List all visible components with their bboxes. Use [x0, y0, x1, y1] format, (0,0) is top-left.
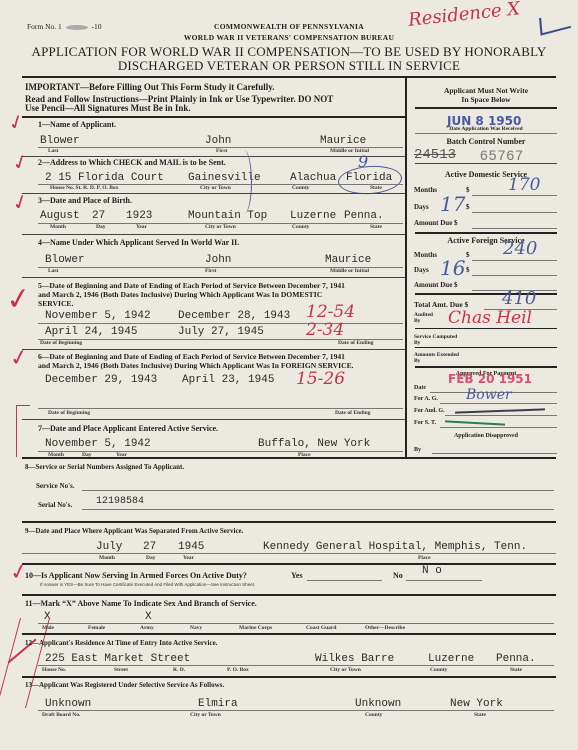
no-rule [406, 580, 482, 581]
for-aud-g-signature [455, 408, 545, 413]
section5-rule1 [38, 323, 403, 324]
disapproved-label: Application Disapproved [412, 433, 560, 439]
domestic-months-dollar: $ [466, 186, 470, 194]
handwritten-domestic-period2: 2-34 [306, 320, 344, 340]
domestic-months-hand: 170 [508, 175, 540, 195]
header-divider [22, 76, 556, 78]
batch-struck-text: 24513 [414, 147, 456, 163]
caption-city: City or Town [190, 712, 221, 718]
caption-draft-board: Draft Board No. [42, 712, 80, 718]
section7-label: 7—Date and Place Applicant Entered Activ… [38, 424, 218, 433]
domestic-days-dollar: $ [466, 203, 470, 211]
applicant-first-name: John [205, 135, 231, 147]
option-marine-corps: Marine Corps [239, 625, 272, 631]
audited-rule [415, 328, 557, 329]
foreign-days-label: Days [414, 266, 429, 274]
for-aud-g-label: For Aud. G. [414, 408, 445, 414]
batch-number: 65767 [480, 147, 524, 163]
date-label: Date [414, 385, 426, 391]
office-heading-line1: Applicant Must Not Write [412, 86, 560, 95]
section7-rule [38, 451, 403, 452]
caption-year: Year [136, 224, 147, 230]
no-value: N o [422, 565, 442, 577]
section12-top-rule [22, 633, 556, 635]
birth-month: August [40, 210, 80, 222]
caption-middle: Middle or Initial [330, 268, 369, 274]
section5-top-rule [22, 277, 405, 278]
section12-label: 12—Applicant's Residence At Time of Entr… [25, 639, 217, 647]
foreign-heading: Active Foreign Service [412, 236, 560, 245]
entered-service-place: Buffalo, New York [258, 438, 370, 450]
caption-date-beginning: Date of Beginning [48, 410, 90, 416]
section12-rule [38, 665, 554, 666]
caption-city: City or Town [330, 667, 361, 673]
blue-circle-annotation [337, 164, 403, 196]
caption-last: Last [48, 148, 58, 154]
applicant-middle-name: Maurice [320, 135, 366, 147]
caption-po-box: P. O. Box [227, 667, 249, 673]
red-bracket-annotation [16, 405, 30, 457]
approved-date-stamp: FEB 20 1951 [448, 372, 532, 386]
office-heading-rule [415, 107, 557, 109]
section9-top-rule [22, 521, 556, 523]
section3-label: 3—Date and Place of Birth. [38, 196, 132, 205]
draft-county: Unknown [355, 698, 401, 710]
domestic-period1-end: December 28, 1943 [178, 310, 290, 322]
residence-street: 225 East Market Street [45, 653, 190, 665]
draft-state: New York [450, 698, 503, 710]
caption-state: State [370, 185, 382, 191]
domestic-period1-begin: November 5, 1942 [45, 310, 151, 322]
service-middle-name: Maurice [325, 254, 371, 266]
birth-city: Mountain Top [188, 210, 267, 222]
section1-label: 1—Name of Applicant. [38, 120, 116, 129]
section5-label-line1: 5—Date of Beginning and Date of Ending o… [38, 281, 345, 290]
instruction-important: IMPORTANT—Before Filling Out This Form S… [25, 82, 275, 92]
for-ag-signature: Bower [466, 387, 512, 403]
commonwealth-heading: COMMONWEALTH OF PENNSYLVANIA [0, 22, 578, 31]
section6-top-rule [22, 349, 405, 350]
draft-board: Unknown [45, 698, 91, 710]
foreign-months-dollar: $ [466, 251, 470, 259]
foreign-end: April 23, 1945 [182, 374, 274, 386]
instruction-line3: Use Pencil—All Signatures Must Be in Ink… [25, 103, 191, 113]
for-st-signature [445, 420, 505, 425]
handwritten-foreign-period: 15-26 [296, 369, 345, 389]
caption-city: City or Town [200, 185, 231, 191]
address-street: 2 15 Florida Court [45, 172, 164, 184]
extended-rule [415, 366, 557, 368]
option-coast-guard: Coast Guard [306, 625, 336, 631]
blue-bracket-annotation [236, 150, 252, 214]
section2-top-rule [22, 156, 405, 157]
section11-top-rule [22, 594, 556, 596]
foreign-days-hand: 16 [440, 256, 465, 280]
caption-county: County [365, 712, 382, 718]
amounts-extended-label: Amounts Extended By [414, 352, 464, 364]
residence-county: Luzerne [428, 653, 474, 665]
section7-top-rule [22, 419, 405, 420]
service-last-name: Blower [45, 254, 85, 266]
section11-rule [38, 623, 554, 624]
address-county: Alachua [290, 172, 336, 184]
section4-top-rule [22, 234, 405, 235]
caption-state: State [510, 667, 522, 673]
caption-first: First [205, 268, 216, 274]
caption-first: First [216, 148, 227, 154]
red-x-annotation [0, 618, 50, 708]
batch-rule [415, 163, 557, 164]
for-aud-g-rule [445, 415, 557, 416]
blue-checkmark-icon [539, 10, 571, 35]
domestic-days-hand: 17 [440, 192, 465, 216]
section10-top-rule [22, 563, 556, 565]
caption-day: Day [146, 555, 155, 561]
option-army: Army [140, 625, 154, 631]
serial-numbers-rule [82, 509, 554, 510]
domestic-days-label: Days [414, 203, 429, 211]
service-numbers-label: Service No's. [36, 482, 75, 490]
caption-street: House No. St. R. D. P. O. Box [50, 185, 118, 191]
separation-day: 27 [143, 541, 156, 553]
section6-rule [38, 408, 403, 409]
bureau-heading: WORLD WAR II VETERANS' COMPENSATION BURE… [0, 33, 578, 42]
caption-last: Last [48, 268, 58, 274]
caption-state: State [474, 712, 486, 718]
section9-rule [22, 553, 556, 554]
army-mark: X [145, 611, 152, 623]
red-checkmark-icon: ✓ [8, 148, 32, 176]
for-st-label: For S. T. [414, 420, 436, 426]
red-checkmark-icon: ✓ [4, 280, 34, 318]
caption-month: Month [50, 224, 66, 230]
separation-month: July [96, 541, 122, 553]
caption-year: Year [183, 555, 194, 561]
caption-day: Day [96, 224, 105, 230]
foreign-days-dollar: $ [466, 266, 470, 274]
foreign-months-label: Months [414, 251, 437, 259]
no-label: No [393, 571, 403, 580]
separation-year: 1945 [178, 541, 204, 553]
batch-heading: Batch Control Number [412, 137, 560, 146]
by-rule [432, 453, 557, 454]
yes-label: Yes [291, 571, 303, 580]
computed-rule [415, 347, 557, 348]
caption-county: County [292, 224, 309, 230]
domestic-amount-label: Amount Due $ [414, 219, 458, 227]
entered-service-date: November 5, 1942 [45, 438, 151, 450]
section5-label-line2: and March 2, 1946 (Both Dates Inclusive)… [38, 290, 322, 299]
section11-label: 11—Mark “X” Above Name To Indicate Sex A… [25, 599, 257, 608]
for-st-rule [440, 427, 557, 428]
received-caption: Date Application Was Received [412, 126, 560, 132]
section5-label-line3: SERVICE. [38, 299, 73, 308]
section13-label: 13—Applicant Was Registered Under Select… [25, 681, 224, 689]
birth-state: Penna. [344, 210, 384, 222]
caption-place: Place [418, 555, 431, 561]
section3-top-rule [22, 193, 405, 194]
caption-state: State [370, 224, 382, 230]
by-label: By [414, 447, 421, 453]
received-rule [415, 133, 557, 134]
caption-city: City or Town [205, 224, 236, 230]
section10-note: If Answer is YES—Be Sure To Have Certifi… [40, 582, 255, 587]
service-first-name: John [205, 254, 231, 266]
section10-label: 10—Is Applicant Now Serving In Armed For… [25, 571, 247, 580]
option-navy: Navy [190, 625, 202, 631]
handwritten-domestic-period1: 12-54 [306, 302, 355, 322]
caption-date-ending: Date of Ending [335, 410, 370, 416]
separation-place: Kennedy General Hospital, Memphis, Tenn. [263, 541, 527, 553]
draft-city: Elmira [198, 698, 238, 710]
serial-numbers-value: 12198584 [96, 496, 144, 507]
section13-rule [38, 710, 554, 711]
caption-month: Month [99, 555, 115, 561]
option-other: Other—Describe [365, 625, 405, 631]
foreign-days-rule [472, 275, 557, 276]
applicant-last-name: Blower [40, 135, 80, 147]
section13-top-rule [22, 676, 556, 678]
caption-house: House No. [42, 667, 66, 673]
option-female: Female [88, 625, 105, 631]
caption-date-beginning: Date of Beginning [40, 340, 82, 346]
birth-day: 27 [92, 210, 105, 222]
for-ag-label: For A. G. [414, 396, 438, 402]
service-numbers-rule [82, 490, 554, 491]
section9-label: 9—Date and Place Where Applicant Was Sep… [25, 527, 243, 535]
section8-label: 8—Service or Serial Numbers Assigned To … [25, 463, 184, 471]
audited-by-label: Audited By [414, 312, 434, 324]
section6-label-line1: 6—Date of Beginning and Date of Ending o… [38, 352, 345, 361]
domestic-months-label: Months [414, 186, 437, 194]
panel-divider [405, 77, 407, 457]
birth-year: 1923 [126, 210, 152, 222]
section8-top-rule [22, 457, 556, 459]
foreign-amount-label: Amount Due $ [414, 281, 458, 289]
serial-numbers-label: Serial No's. [38, 501, 72, 509]
yes-rule [307, 580, 382, 581]
caption-street: Street [114, 667, 128, 673]
office-heading-line2: In Space Below [412, 95, 560, 104]
service-computed-label: Service Computed By [414, 334, 464, 346]
section2-label: 2—Address to Which CHECK and MAIL is to … [38, 158, 226, 167]
section4-label: 4—Name Under Which Applicant Served In W… [38, 238, 239, 247]
birth-county: Luzerne [290, 210, 336, 222]
domestic-months-rule [472, 195, 557, 196]
form-title-line2: DISCHARGED VETERAN OR PERSON STILL IN SE… [0, 58, 578, 74]
batch-struck-number: 24513 [414, 147, 456, 163]
audited-by-signature: Chas Heil [448, 308, 532, 328]
caption-county: County [430, 667, 447, 673]
foreign-months-rule [472, 260, 557, 261]
residence-city: Wilkes Barre [315, 653, 394, 665]
caption-rd: R. D. [173, 667, 185, 673]
for-ag-rule [440, 403, 557, 404]
foreign-begin: December 29, 1943 [45, 374, 157, 386]
caption-county: County [292, 185, 309, 191]
domestic-days-rule [472, 212, 557, 213]
section1-top-rule [22, 116, 405, 118]
total-amount-hand: 410 [502, 288, 536, 309]
foreign-months-hand: 240 [503, 238, 537, 259]
domestic-section-rule [415, 232, 557, 234]
residence-state: Penna. [496, 653, 536, 665]
domestic-amount-rule [472, 228, 557, 229]
domestic-period2-end: July 27, 1945 [178, 326, 264, 338]
domestic-period2-begin: April 24, 1945 [45, 326, 137, 338]
caption-date-ending: Date of Ending [338, 340, 373, 346]
